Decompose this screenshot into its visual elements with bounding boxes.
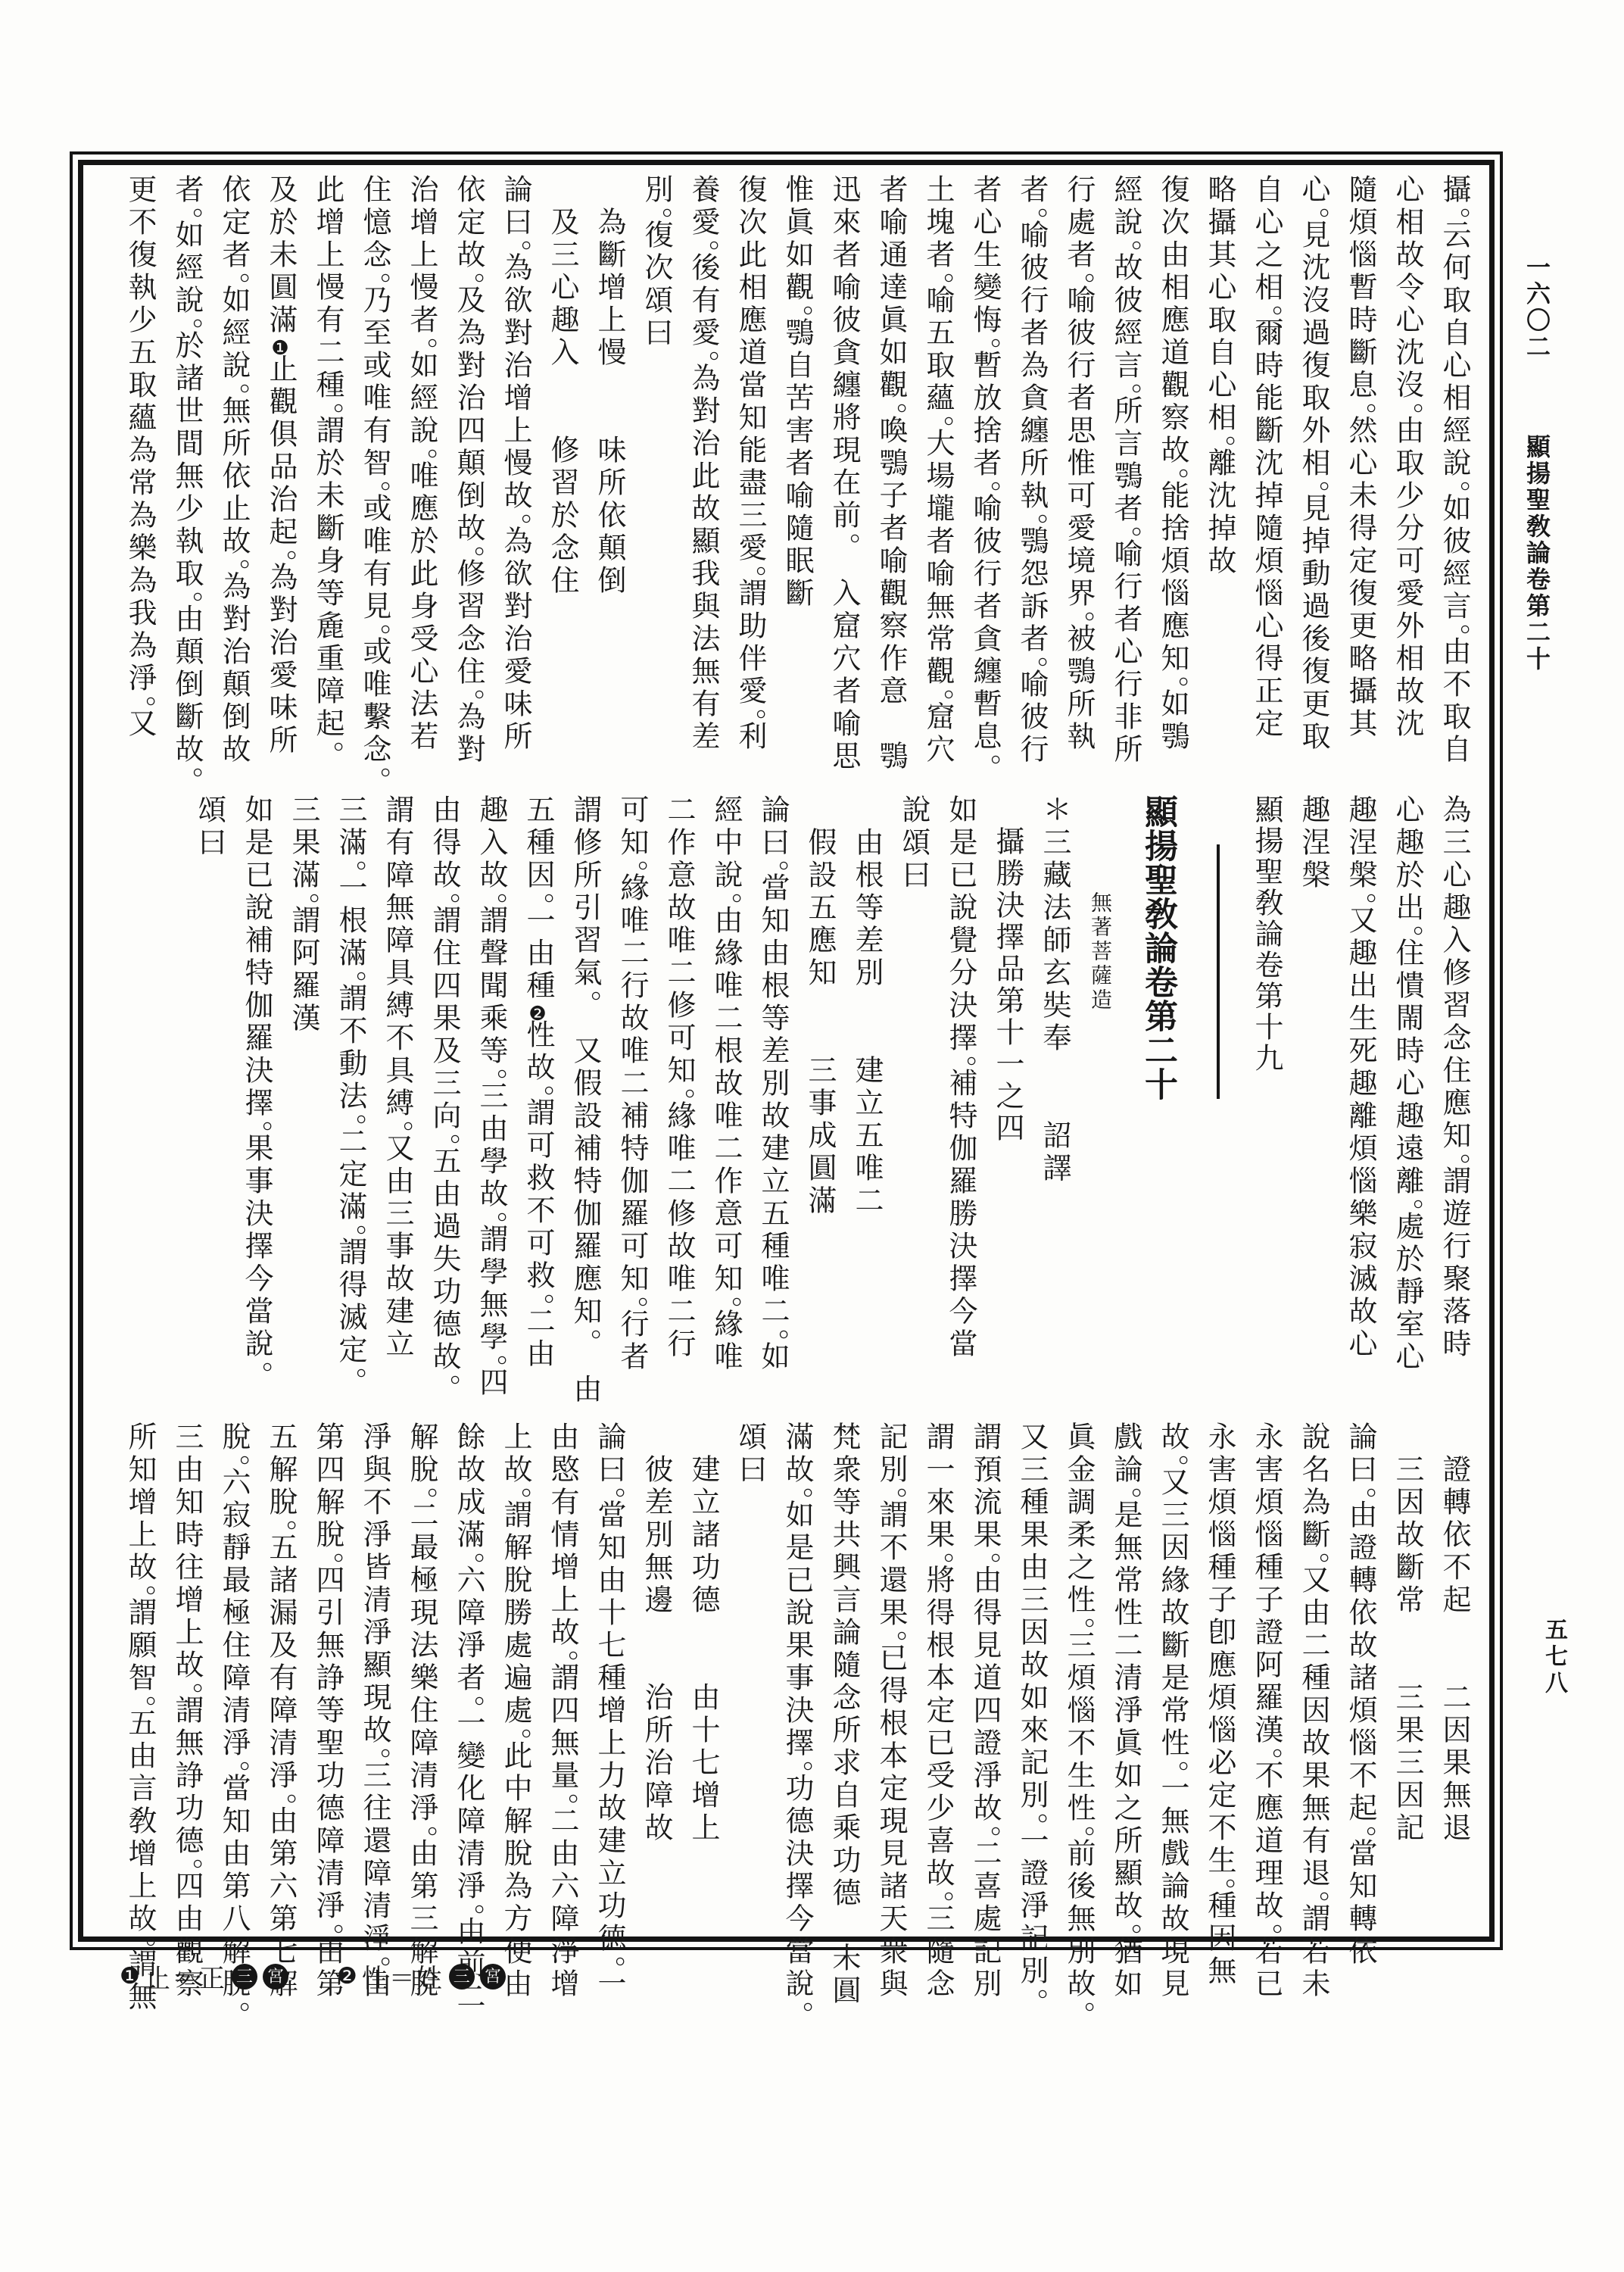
text-column: 淨與不淨皆清淨顯現故。三往還障清淨。由: [351, 1422, 397, 2014]
text-column: 復次此相應道當知能盡三愛。謂助伴愛。利: [726, 174, 773, 779]
text-column: 趣涅槃。又趣出生死趣離煩惱樂寂滅故心: [1336, 794, 1383, 1406]
text-column: 自心之相。爾時能斷沈掉隨煩惱心得正定: [1242, 174, 1289, 779]
text-column: 趣入故。謂聲聞乘等。三由學故。謂學無學。四: [467, 794, 514, 1406]
text-column: 者喻通達眞如觀。喚鶚子者喻觀察作意 鶚: [867, 174, 914, 779]
text-column: 論曰。由證轉依故諸煩惱不起。當知轉依: [1336, 1422, 1383, 2014]
text-column: 略攝其心取自心相。離沈掉故: [1195, 174, 1242, 779]
text-column: 第四解脫。四引無諍等聖功德障清淨。由第: [304, 1422, 351, 2014]
text-column: 頌曰: [726, 1422, 773, 2014]
text-column: 記別。謂不還果。已得根本定現見諸天衆與: [867, 1422, 914, 2014]
text-column: 者心生變悔。暫放捨者。喻彼行者貪纏暫息。: [961, 174, 1008, 779]
edition-siglum: 宮: [263, 1964, 288, 1990]
taisho-text-number: 一六〇二: [1523, 254, 1551, 360]
text-column: 復次由相應道觀察故。能捨煩惱應知。如鶚: [1149, 174, 1195, 779]
text-column: 解脫。二最極現法樂住障清淨。由第三解脫: [397, 1422, 444, 2014]
text-column: 謂一來果。將得根本定已受少喜故。三隨念: [914, 1422, 961, 2014]
text-column: 頌曰: [185, 794, 232, 1406]
verse-line: 假設五應知 三事成圓滿: [796, 794, 843, 1406]
verse-line: 彼差別無邊 治所治障故: [632, 1422, 679, 2014]
juan-divider-rule: [1217, 844, 1220, 1099]
text-column: 論曰。當知由根等差別故建立五種唯二。如: [749, 794, 796, 1406]
register-top: 攝。云何取自心相經說。如彼經言。由不取自心相故令心沈沒。由取少分可愛外相故沈隨煩…: [95, 174, 1477, 779]
juan-title: 顯揚聖敎論卷第二十: [1121, 794, 1194, 1406]
text-column: 養愛。後有愛。為對治此故顯我與法無有差: [679, 174, 726, 779]
footnote-marker: ❷: [514, 1003, 561, 1019]
text-column: 三滿。一根滿。謂不動法。二定滿。謂得滅定。: [326, 794, 373, 1406]
text-column: 說頌曰: [890, 794, 937, 1406]
text-column: 行處者。喻彼行者思惟可愛境界。被鶚所執: [1055, 174, 1102, 779]
text-column: 眞金調柔之性。三煩惱不生性。前後無別故。: [1055, 1422, 1102, 2014]
text-column: 論曰。當知由十七種增上力故建立功德。一: [585, 1422, 632, 2014]
text-column: 梵衆等共興言論隨念所求自乘功德 未圓: [820, 1422, 867, 2014]
text-column: 二作意故唯二修可知。緣唯二修故唯二行: [655, 794, 702, 1406]
verse-line: 由根等差別 建立五唯二: [843, 794, 890, 1406]
apparatus-footnote: ❶止＝正三宮: [120, 1958, 288, 1995]
text-column: 說名為斷。又由二種因故果無有退。謂若未: [1289, 1422, 1336, 2014]
text-column: 三由知時往增上故。謂無諍功德。四由觀察: [163, 1422, 210, 2014]
text-column: 又三種果由三因故如來記別。一證淨記別。: [1008, 1422, 1055, 2014]
text-column: 土塊者。喻五取蘊。大場壠者喻無常觀。窟穴: [914, 174, 961, 779]
footnote-marker: ❷: [337, 1963, 357, 1990]
text-column: 如是已說補特伽羅決擇。果事決擇今當說。: [232, 794, 279, 1406]
footnote-reading: 止＝正: [145, 1958, 226, 1995]
footnote-marker: ❶: [120, 1963, 140, 1990]
text-column: 心相故令心沈沒。由取少分可愛外相故沈: [1383, 174, 1430, 779]
text-column: 如是已說覺分決擇。補特伽羅勝決擇今當: [937, 794, 983, 1406]
author-byline: 無著菩薩造: [1077, 794, 1121, 1406]
text-column: 依定者。如經說。無所依止故。為對治顛倒故: [210, 174, 257, 779]
scanned-taisho-page: { "page": { "background_color": "#fdfdfb…: [0, 0, 1624, 2272]
translator-line: ＊三藏法師玄奘奉 詔譯: [1030, 794, 1077, 1406]
text-column: 更不復執少五取蘊為常為樂為我為淨。又: [116, 174, 163, 779]
text-column: 者。如經說。於諸世間無少執取。由顛倒斷故。: [163, 174, 210, 779]
text-column: 所知增上故。謂願智。五由言敎增上故。謂無: [116, 1422, 163, 2014]
text-column: 可知。緣唯二行故唯二補特伽羅可知。行者: [608, 794, 655, 1406]
text-column: 心。見沈沒過復取外相。見掉動過後復更取: [1289, 174, 1336, 779]
text-column: 迅來者喻彼貪纏將現在前。 入窟穴者喻思: [820, 174, 867, 779]
text-column: 治增上慢者。如經說。唯應於此身受心法若: [397, 174, 444, 779]
text-column: 別。復次頌曰: [632, 174, 679, 779]
text-column: 故。又三因緣故斷是常性。一無戲論故現見: [1149, 1422, 1195, 2014]
juan-end-title: 顯揚聖敎論卷第十九: [1242, 794, 1289, 1406]
chapter-title: 攝勝決擇品第十一之四: [983, 794, 1030, 1406]
verse-line: 證轉依不起 二因果無退: [1430, 1422, 1477, 2014]
text-column: 及於未圓滿❶止觀俱品治起。為對治愛味所: [257, 174, 304, 779]
text-frame: 攝。云何取自心相經說。如彼經言。由不取自心相故令心沈沒。由取少分可愛外相故沈隨煩…: [70, 151, 1503, 1950]
text-column: 三果滿。謂阿羅漢: [279, 794, 326, 1406]
footnote-reading: 性＝姓: [362, 1958, 444, 1995]
verse-line: 建立諸功德 由十七增上: [679, 1422, 726, 2014]
text-column: 論曰。為欲對治增上慢故。為欲對治愛味所: [491, 174, 538, 779]
apparatus-footnotes: ❶止＝正三宮❷性＝姓三宮: [120, 1958, 506, 1995]
text-column: 住憶念。乃至或唯有智。或唯有見。或唯繫念。: [351, 174, 397, 779]
text-column: 攝。云何取自心相經說。如彼經言。由不取自: [1430, 174, 1477, 779]
text-column: 上故。謂解脫勝處遍處。此中解脫為方便由: [491, 1422, 538, 2014]
text-column: 者。喻彼行者為貪纏所執。鶚怨訴者。喻彼行: [1008, 174, 1055, 779]
apparatus-footnote: ❷性＝姓三宮: [337, 1958, 506, 1995]
running-title: 顯揚聖敎論卷第二十: [1523, 434, 1551, 673]
text-column: 由得故。謂住四果及三向。五由過失功德故。: [420, 794, 467, 1406]
text-column: 為三心趣入修習念住應知。謂遊行聚落時: [1430, 794, 1477, 1406]
edition-siglum: 三: [232, 1964, 257, 1990]
text-column: 戲論。是無常性二清淨眞如之所顯故。猶如: [1102, 1422, 1149, 2014]
register-middle: 為三心趣入修習念住應知。謂遊行聚落時心趣於出。住憒閙時心趣遠離。處於靜室心趣涅槃…: [95, 794, 1477, 1406]
text-column: 脫。六寂靜最極住障清淨。當知由第八解脫。: [210, 1422, 257, 2014]
text-column: 五解脫。五諸漏及有障清淨。由第六第七解: [257, 1422, 304, 2014]
footnote-marker: ❶: [257, 337, 304, 354]
text-column: 謂預流果。由得見道四證淨故。二喜處記別: [961, 1422, 1008, 2014]
edition-siglum: 三: [449, 1964, 475, 1990]
text-column: 趣涅槃: [1289, 794, 1336, 1406]
verse-line: 三因故斷常 三果三因記: [1383, 1422, 1430, 2014]
text-column: 經中說。由緣唯二根故唯二作意可知。緣唯: [702, 794, 749, 1406]
text-column: 餘故成滿。六障淨者。一變化障清淨。由前二: [444, 1422, 491, 2014]
verse-line: 為斷增上慢 味所依顛倒: [585, 174, 632, 779]
verse-line: 及三心趣入 修習於念住: [538, 174, 585, 779]
text-column: 心趣於出。住憒閙時心趣遠離。處於靜室心: [1383, 794, 1430, 1406]
text-column: 滿故。如是已說果事決擇。功德決擇今當說。: [773, 1422, 820, 2014]
folio-number: 五七八: [1537, 1618, 1570, 1697]
text-column: 依定故。及為對治四顛倒故。修習念住。為對: [444, 174, 491, 779]
text-frame-inner: 攝。云何取自心相經說。如彼經言。由不取自心相故令心沈沒。由取少分可愛外相故沈隨煩…: [78, 160, 1495, 1942]
text-column: 經說。故彼經言。所言鶚者。喻行者心行非所: [1102, 174, 1149, 779]
text-column: 隨煩惱暫時斷息。然心未得定復更略攝其: [1336, 174, 1383, 779]
register-bottom: 證轉依不起 二因果無退 三因故斷常 三果三因記論曰。由證轉依故諸煩惱不起。當知轉…: [95, 1422, 1477, 2014]
text-column: 謂修所引習氣。 又假設補特伽羅應知。 由: [561, 794, 608, 1406]
text-column: 謂有障無障具縛不具縛。又由三事故建立: [373, 794, 420, 1406]
text-column: 永害煩惱種子卽應煩惱必定不生。種因無: [1195, 1422, 1242, 2014]
text-column: 此增上慢有二種。謂於未斷身等麁重障起。: [304, 174, 351, 779]
text-column: 永害煩惱種子證阿羅漢。不應道理故。若已: [1242, 1422, 1289, 2014]
margin-running-title: 一六〇二 顯揚聖敎論卷第二十: [1513, 254, 1561, 673]
text-column: 由愍有情增上故。謂四無量。二由六障淨增: [538, 1422, 585, 2014]
edition-siglum: 宮: [480, 1964, 506, 1990]
text-column: 惟眞如觀。鶚自苦害者喻隨眠斷: [773, 174, 820, 779]
text-column: 五種因。一由種❷性故。謂可救不可救。二由: [514, 794, 561, 1406]
